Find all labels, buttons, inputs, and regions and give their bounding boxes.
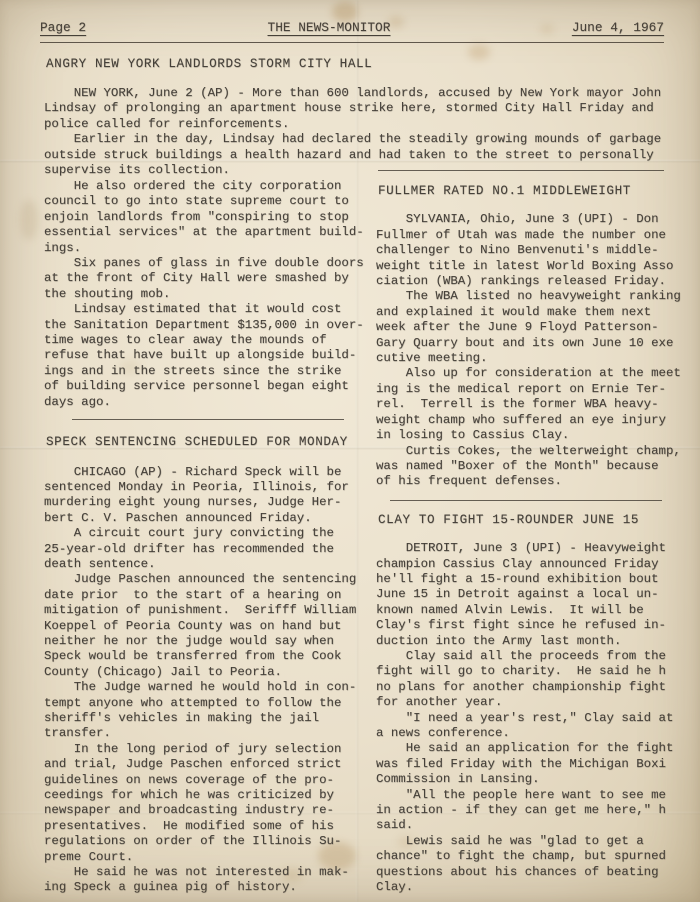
article-paragraph: SYLVANIA, Ohio, June 3 (UPI) - Don Fullm… [376, 212, 698, 289]
article-paragraph: Lewis said he was "glad to get a chance"… [376, 834, 698, 896]
left-column: He also ordered the city corporation cou… [44, 179, 380, 896]
article-paragraph: The WBA listed no heavyweight ranking an… [376, 289, 698, 366]
article-paragraph: Six panes of glass in five double doors … [44, 256, 380, 302]
paper-stain [20, 200, 38, 240]
article-headline-speck: SPECK SENTENCING SCHEDULED FOR MONDAY [46, 435, 380, 450]
article-headline-clay: CLAY TO FIGHT 15-ROUNDER JUNE 15 [378, 513, 698, 528]
article-paragraph: Also up for consideration at the meet in… [376, 366, 698, 443]
article-paragraph: He said he was not interested in mak- in… [44, 865, 380, 896]
article-paragraph: He also ordered the city corporation cou… [44, 179, 380, 256]
paper-stain [468, 44, 490, 60]
article-paragraph: The Judge warned he would hold in con- t… [44, 680, 380, 742]
issue-date: June 4, 1967 [572, 20, 664, 35]
section-divider [378, 170, 664, 171]
newsletter-title: THE NEWS-MONITOR [268, 20, 391, 35]
section-divider [390, 500, 662, 501]
article-paragraph: Lindsay estimated that it would cost the… [44, 302, 380, 410]
article-paragraph: Clay said all the proceeds from the figh… [376, 649, 698, 711]
newsletter-page: Page 2 THE NEWS-MONITOR June 4, 1967 ANG… [0, 0, 700, 902]
article-paragraph: "I need a year's rest," Clay said at a n… [376, 711, 698, 742]
paper-stain [332, 2, 358, 22]
section-divider [72, 419, 344, 420]
article-paragraph: He said an application for the fight was… [376, 741, 698, 787]
article-intro-landlords: NEW YORK, June 2 (AP) - More than 600 la… [44, 86, 692, 178]
article-paragraph: "All the people here want to see me in a… [376, 788, 698, 834]
right-column: FULLMER RATED NO.1 MIDDLEWEIGHT SYLVANIA… [376, 170, 698, 895]
article-paragraph: In the long period of jury selection and… [44, 742, 380, 865]
page-number: Page 2 [40, 20, 86, 35]
page-header: Page 2 THE NEWS-MONITOR June 4, 1967 [40, 20, 664, 43]
article-paragraph: Judge Paschen announced the sentencing d… [44, 572, 380, 680]
article-paragraph: CHICAGO (AP) - Richard Speck will be sen… [44, 465, 380, 527]
article-paragraph: NEW YORK, June 2 (AP) - More than 600 la… [44, 86, 692, 132]
article-headline-landlords: ANGRY NEW YORK LANDLORDS STORM CITY HALL [46, 57, 372, 72]
article-headline-fullmer: FULLMER RATED NO.1 MIDDLEWEIGHT [378, 184, 698, 199]
article-paragraph: DETROIT, June 3 (UPI) - Heavyweight cham… [376, 541, 698, 649]
article-paragraph: A circuit court jury convicting the 25-y… [44, 526, 380, 572]
article-paragraph: Curtis Cokes, the welterweight champ, wa… [376, 444, 698, 490]
